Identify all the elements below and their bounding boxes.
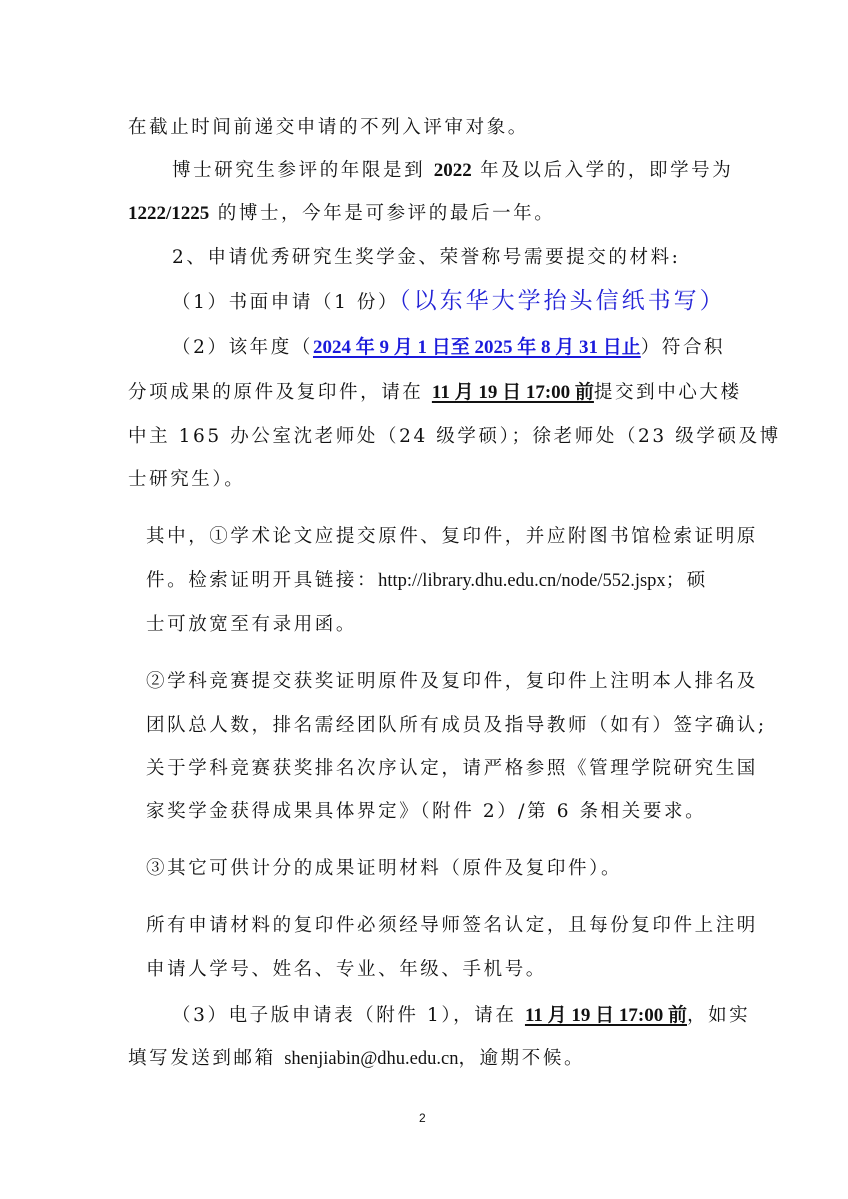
item-2-line3: 中主 165 办公室沈老师处（24 级学硕）；徐老师处（23 级学硕及博 [128,425,781,449]
text: ，如实 [687,1005,750,1026]
item-2-achievements: （2）该年度（2024 年 9 月 1 日至 2025 年 8 月 31 日止）… [172,336,725,360]
text: 件。检索证明开具链接： [146,570,378,591]
text: 分项成果的原件及复印件，请在 [128,382,432,403]
item-3-electronic-form: （3）电子版申请表（附件 1），请在 11 月 19 日 17:00 前，如实 [172,1004,750,1028]
text: ）符合积 [641,337,725,358]
text: 年及以后入学的，即学号为 [472,160,734,181]
paragraph-deadline-note: 在截止时间前递交申请的不列入评审对象。 [128,116,529,140]
text: 其中，①学术论文应提交原件、复印件，并应附图书馆检索证明原 [146,526,758,547]
student-id-bold: 1222/1225 [128,203,209,224]
deadline-underlined: 11 月 19 日 17:00 前 [525,1005,687,1026]
note-4-copies: 所有申请材料的复印件必须经导师签名认定，且每份复印件上注明 [146,914,758,938]
text: 家奖学金获得成果具体界定》（附件 2）/第 6 条相关要求。 [146,801,706,822]
text: 中主 165 办公室沈老师处（24 级学硕）；徐老师处（23 级学硕及博 [128,426,781,447]
text: 填写发送到邮箱 [128,1048,284,1069]
note-2-line3: 关于学科竞赛获奖排名次序认定，请严格参照《管理学院研究生国 [146,757,758,781]
text: 关于学科竞赛获奖排名次序认定，请严格参照《管理学院研究生国 [146,758,758,779]
page-number: 2 [419,1111,426,1125]
text: ②学科竞赛提交获奖证明原件及复印件，复印件上注明本人排名及 [146,671,758,692]
paragraph-phd-eligibility-line2: 1222/1225 的博士，今年是可参评的最后一年。 [128,202,555,226]
paragraph-phd-eligibility: 博士研究生参评的年限是到 2022 年及以后入学的，即学号为 [172,159,733,183]
deadline-underlined: 11 月 19 日 17:00 前 [432,382,594,403]
text: 的博士，今年是可参评的最后一年。 [209,203,555,224]
text: （3）电子版申请表（附件 1），请在 [172,1005,525,1026]
text: 在截止时间前递交申请的不列入评审对象。 [128,117,529,138]
highlight-letterhead-note: （以东华大学抬头信纸书写） [399,288,726,314]
text: ；硕 [666,570,708,591]
text: ③其它可供计分的成果证明材料（原件及复印件）。 [146,858,622,879]
note-4-line2: 申请人学号、姓名、专业、年级、手机号。 [146,958,547,982]
text: 博士研究生参评的年限是到 [172,160,434,181]
text: （1）书面申请（1 份） [172,292,399,313]
text: ，逾期不候。 [458,1048,585,1069]
item-1-written-application: （1）书面申请（1 份）（以东华大学抬头信纸书写） [172,289,726,315]
note-1-line2: 件。检索证明开具链接：http://library.dhu.edu.cn/nod… [146,569,708,593]
year-bold: 2022 [434,160,472,181]
email-link[interactable]: shenjiabin@dhu.edu.cn [284,1049,458,1069]
note-3-other: ③其它可供计分的成果证明材料（原件及复印件）。 [146,857,622,881]
text: 士可放宽至有录用函。 [146,614,357,635]
note-1-papers: 其中，①学术论文应提交原件、复印件，并应附图书馆检索证明原 [146,525,758,549]
text: 所有申请材料的复印件必须经导师签名认定，且每份复印件上注明 [146,915,758,936]
note-2-competitions: ②学科竞赛提交获奖证明原件及复印件，复印件上注明本人排名及 [146,670,758,694]
item-2-line2: 分项成果的原件及复印件，请在 11 月 19 日 17:00 前提交到中心大楼 [128,381,742,405]
text: （2）该年度（ [172,337,313,358]
text: 2、申请优秀研究生奖学金、荣誉称号需要提交的材料: [172,247,681,268]
note-2-line2: 团队总人数，排名需经团队所有成员及指导教师（如有）签字确认; [146,714,767,738]
text: 团队总人数，排名需经团队所有成员及指导教师（如有）签字确认; [146,715,767,736]
date-range-link[interactable]: 2024 年 9 月 1 日至 2025 年 8 月 31 日止 [313,337,641,358]
text: 士研究生）。 [128,469,245,490]
note-2-line4: 家奖学金获得成果具体界定》（附件 2）/第 6 条相关要求。 [146,800,706,824]
text: 提交到中心大楼 [594,382,742,403]
section-2-heading: 2、申请优秀研究生奖学金、荣誉称号需要提交的材料: [172,246,681,270]
item-2-line4: 士研究生）。 [128,468,245,492]
item-3-line2: 填写发送到邮箱 shenjiabin@dhu.edu.cn，逾期不候。 [128,1047,585,1071]
text: 申请人学号、姓名、专业、年级、手机号。 [146,959,547,980]
note-1-line3: 士可放宽至有录用函。 [146,613,357,637]
library-link[interactable]: http://library.dhu.edu.cn/node/552.jspx [378,571,666,591]
